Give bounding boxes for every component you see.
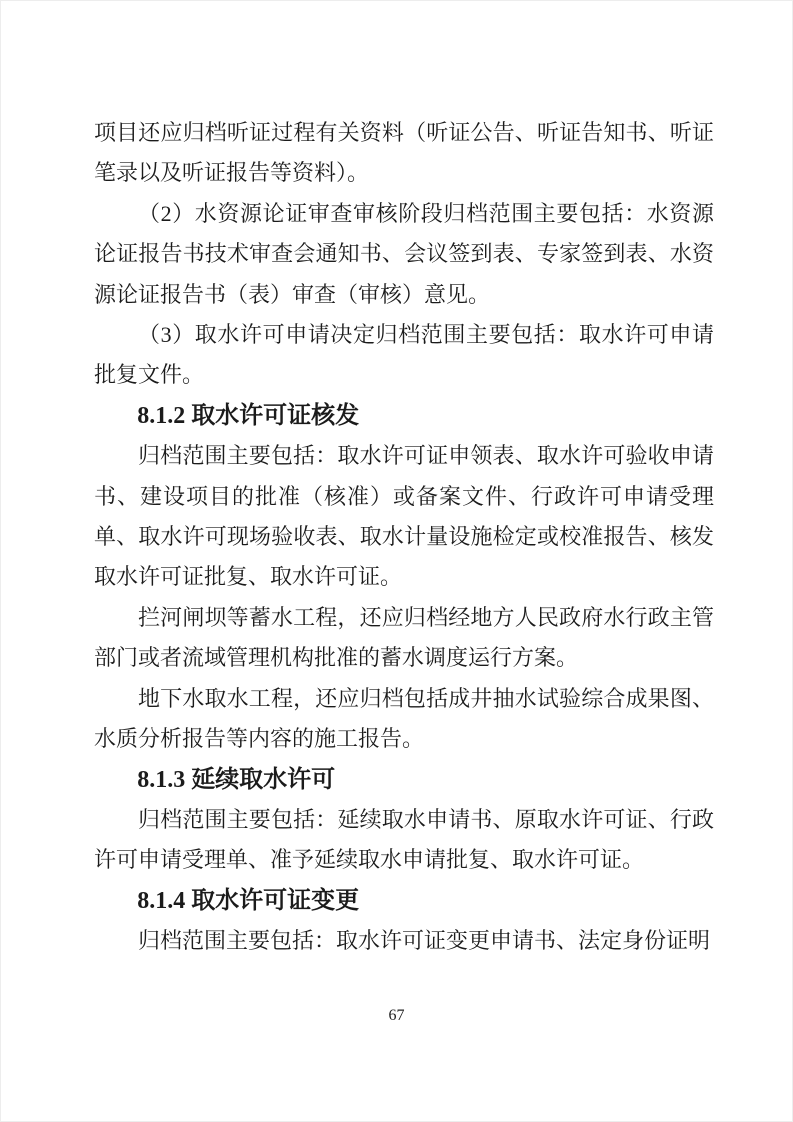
body-paragraph: （2）水资源论证审查审核阶段归档范围主要包括：水资源论证报告书技术审查会通知书、… bbox=[94, 194, 714, 315]
section-heading: 8.1.4 取水许可证变更 bbox=[94, 881, 714, 921]
body-paragraph: 归档范围主要包括：取水许可证申领表、取水许可验收申请书、建设项目的批准（核准）或… bbox=[94, 436, 714, 598]
page-footer: 67 bbox=[1, 1004, 792, 1028]
section-heading: 8.1.3 延续取水许可 bbox=[94, 760, 714, 800]
body-paragraph: 项目还应归档听证过程有关资料（听证公告、听证告知书、听证笔录以及听证报告等资料）… bbox=[94, 113, 714, 194]
body-paragraph: 归档范围主要包括：延续取水申请书、原取水许可证、行政许可申请受理单、准予延续取水… bbox=[94, 800, 714, 881]
body-paragraph: 归档范围主要包括：取水许可证变更申请书、法定身份证明 bbox=[94, 921, 714, 961]
document-page: 项目还应归档听证过程有关资料（听证公告、听证告知书、听证笔录以及听证报告等资料）… bbox=[0, 0, 793, 1122]
section-heading: 8.1.2 取水许可证核发 bbox=[94, 396, 714, 436]
page-number: 67 bbox=[389, 1007, 405, 1024]
document-body: 项目还应归档听证过程有关资料（听证公告、听证告知书、听证笔录以及听证报告等资料）… bbox=[94, 113, 714, 962]
body-paragraph: （3）取水许可申请决定归档范围主要包括：取水许可申请批复文件。 bbox=[94, 315, 714, 396]
body-paragraph: 地下水取水工程，还应归档包括成井抽水试验综合成果图、水质分析报告等内容的施工报告… bbox=[94, 679, 714, 760]
body-paragraph: 拦河闸坝等蓄水工程，还应归档经地方人民政府水行政主管部门或者流域管理机构批准的蓄… bbox=[94, 598, 714, 679]
